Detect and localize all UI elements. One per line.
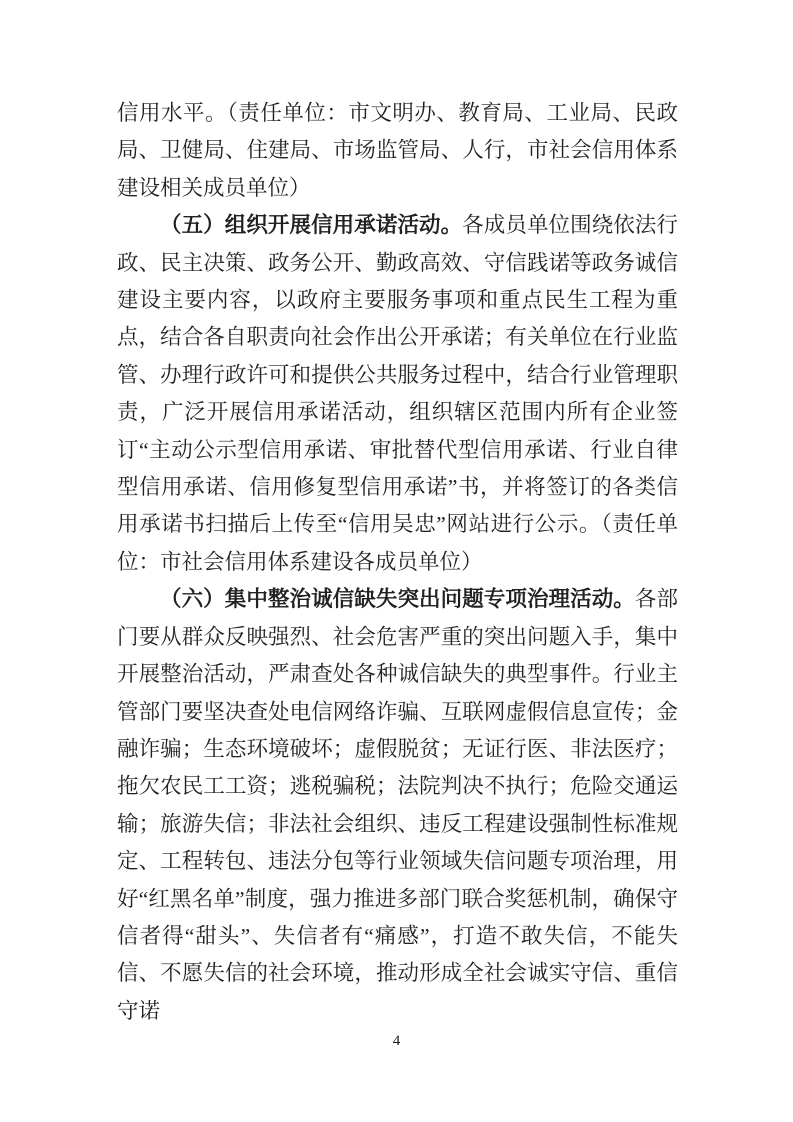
- document-body: 信用水平。（责任单位：市文明办、教育局、工业局、民政局、卫健局、住建局、市场监管…: [117, 95, 678, 1030]
- paragraph-text: 信用水平。（责任单位：市文明办、教育局、工业局、民政局、卫健局、住建局、市场监管…: [117, 101, 678, 200]
- paragraph-heading: （五）组织开展信用承诺活动。: [160, 213, 462, 237]
- paragraph: 信用水平。（责任单位：市文明办、教育局、工业局、民政局、卫健局、住建局、市场监管…: [117, 95, 678, 207]
- paragraph: （五）组织开展信用承诺活动。各成员单位围绕依法行政、民主决策、政务公开、勤政高效…: [117, 207, 678, 581]
- document-page: 信用水平。（责任单位：市文明办、教育局、工业局、民政局、卫健局、住建局、市场监管…: [0, 0, 793, 1122]
- page-number: 4: [393, 1033, 401, 1049]
- paragraph-text: 各成员单位围绕依法行政、民主决策、政务公开、勤政高效、守信践诺等政务诚信建设主要…: [117, 213, 678, 574]
- page-footer: 4: [0, 1031, 793, 1051]
- paragraph-text: 各部门要从群众反映强烈、社会危害严重的突出问题入手，集中开展整治活动，严肃查处各…: [117, 587, 678, 1022]
- paragraph: （六）集中整治诚信缺失突出问题专项治理活动。各部门要从群众反映强烈、社会危害严重…: [117, 581, 678, 1030]
- paragraph-heading: （六）集中整治诚信缺失突出问题专项治理活动。: [160, 587, 635, 611]
